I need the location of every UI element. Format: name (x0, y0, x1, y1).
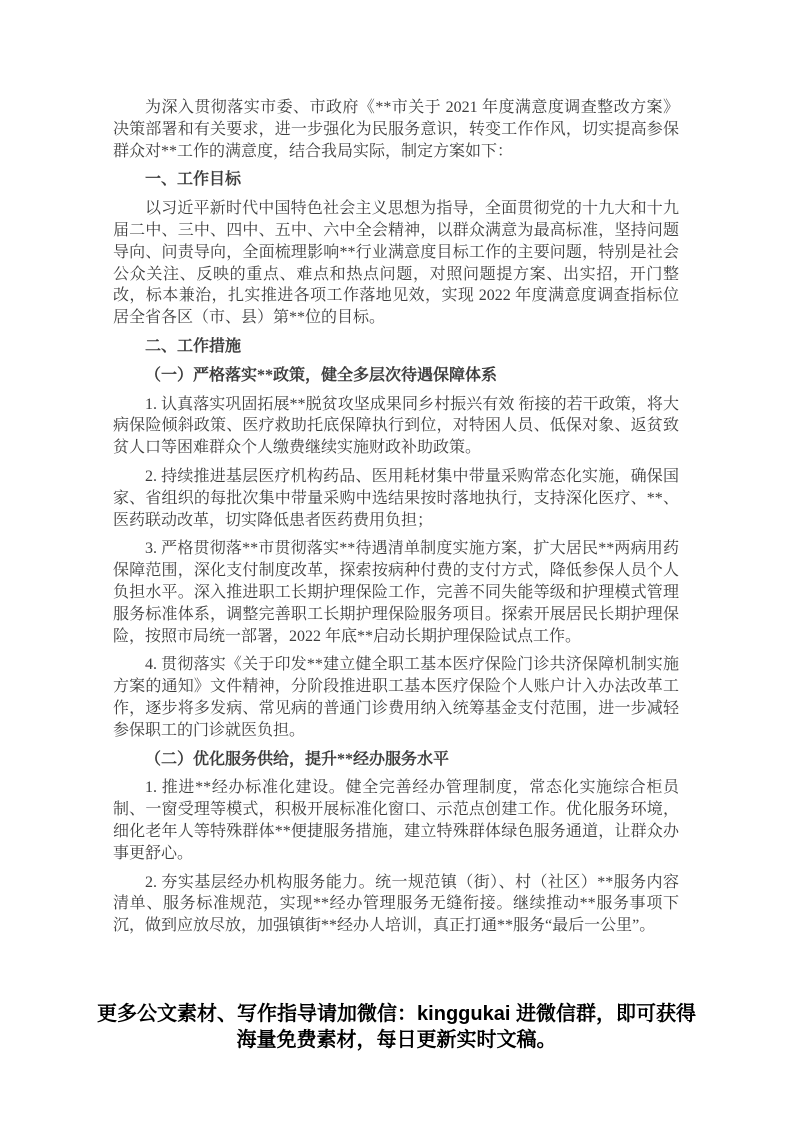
measure-item-1: 1. 认真落实巩固拓展**脱贫攻坚成果同乡村振兴有效 衔接的若干政策，将大病保险… (113, 394, 679, 459)
measure-item-3: 3. 严格贯彻落**市贯彻落实**待遇清单制度实施方案，扩大居民**两病用药保障… (113, 538, 679, 647)
footer-promo-line-1: 更多公文素材、写作指导请加微信：kinggukai 进微信群，即可获得 (0, 1002, 793, 1028)
heading-work-goals: 一、工作目标 (113, 169, 679, 191)
paragraph-intro: 为深入贯彻落实市委、市政府《**市关于 2021 年度满意度调查整改方案》决策部… (113, 97, 679, 162)
service-item-1: 1. 推进**经办标准化建设。健全完善经办管理制度，常态化实施综合柜员制、一窗受… (113, 777, 679, 864)
document-body: 为深入贯彻落实市委、市政府《**市关于 2021 年度满意度调查整改方案》决策部… (113, 97, 679, 944)
measure-item-2: 2. 持续推进基层医疗机构药品、医用耗材集中带量采购常态化实施，确保国家、省组织… (113, 466, 679, 531)
paragraph-goals: 以习近平新时代中国特色社会主义思想为指导，全面贯彻党的十九大和十九届二中、三中、… (113, 198, 679, 329)
service-item-2: 2. 夯实基层经办机构服务能力。统一规范镇（街）、村（社区）**服务内容清单、服… (113, 872, 679, 937)
document-page: 为深入贯彻落实市委、市政府《**市关于 2021 年度满意度调查整改方案》决策部… (0, 0, 793, 1122)
footer-promo-line-2: 海量免费素材，每日更新实时文稿。 (0, 1028, 793, 1054)
heading-work-measures: 二、工作措施 (113, 336, 679, 358)
measure-item-4: 4. 贯彻落实《关于印发**建立健全职工基本医疗保险门诊共济保障机制实施方案的通… (113, 654, 679, 741)
subheading-service-supply: （二）优化服务供给，提升**经办服务水平 (113, 749, 679, 771)
footer-promo: 更多公文素材、写作指导请加微信：kinggukai 进微信群，即可获得 海量免费… (0, 1002, 793, 1053)
subheading-policy-guarantee: （一）严格落实**政策，健全多层次待遇保障体系 (113, 365, 679, 387)
